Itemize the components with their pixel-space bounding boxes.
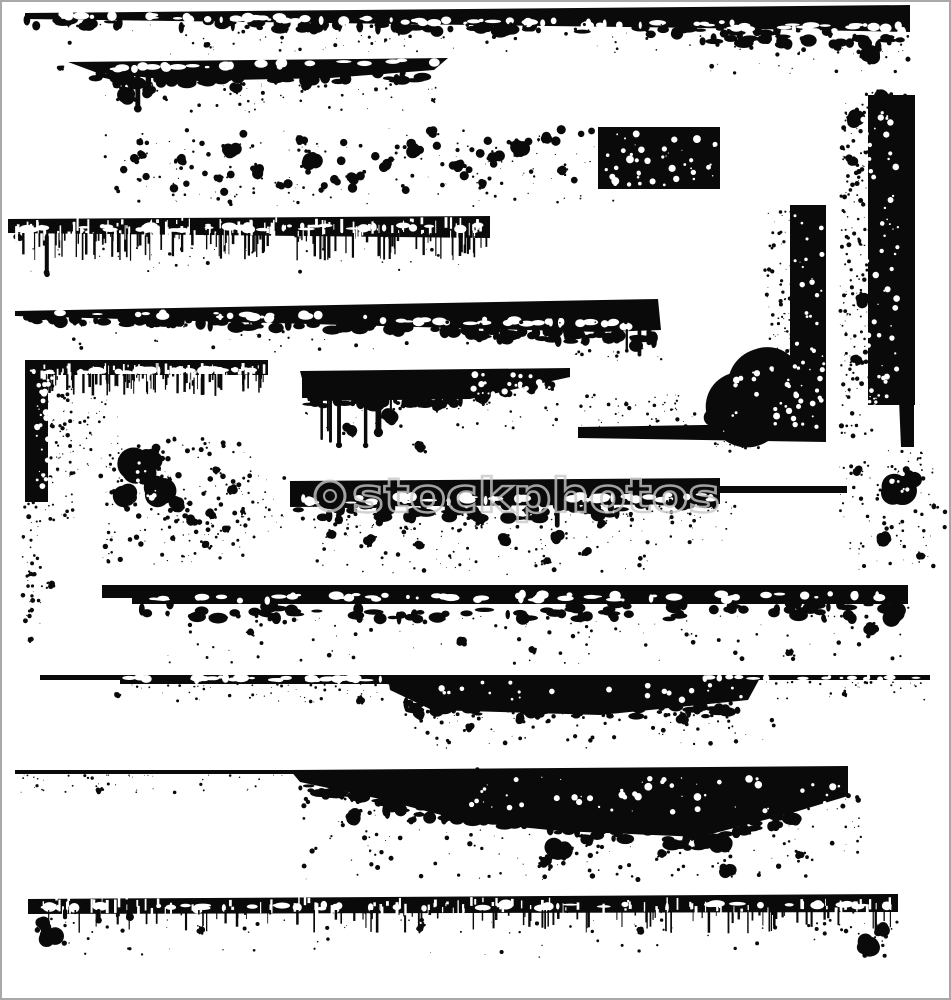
grunge-elements-image: Collection of black and white grunge bru… — [0, 0, 951, 1000]
grunge-collection-canvas: Collection of black and white grunge bru… — [0, 0, 951, 1000]
stock-watermark: stockphotos — [315, 469, 720, 524]
watermark-text: stockphotos — [352, 469, 720, 524]
